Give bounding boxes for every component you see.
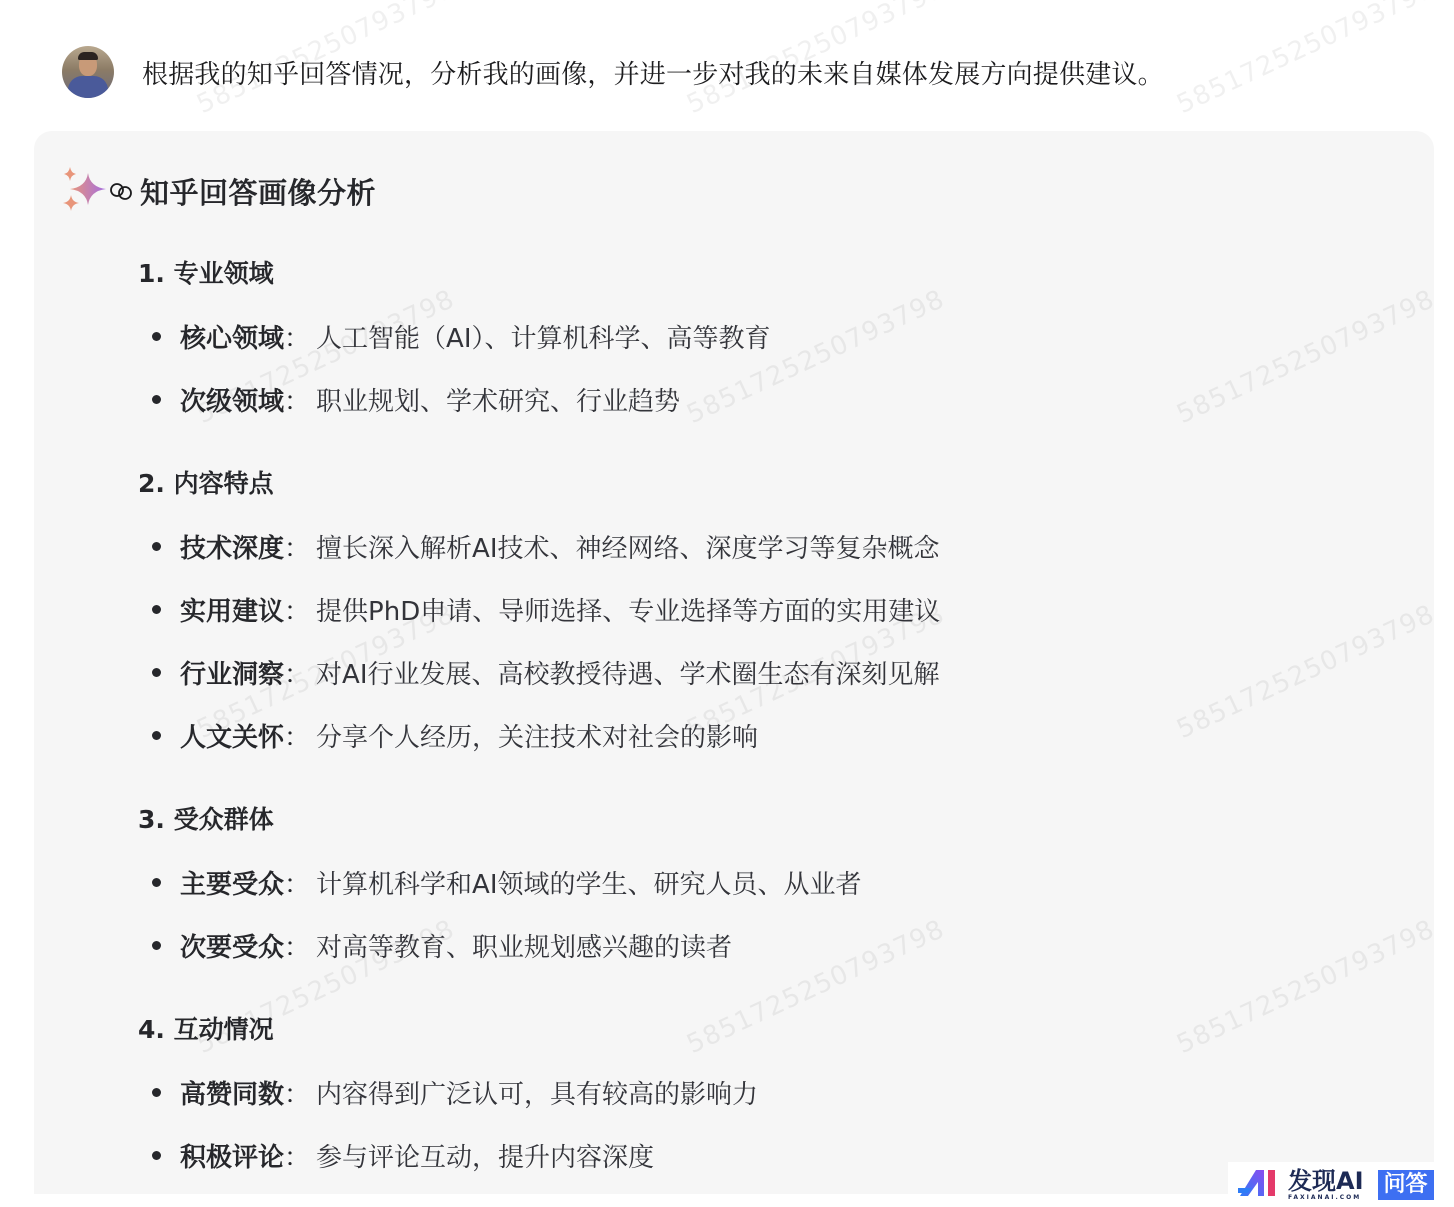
list-item: 高赞同数 ： 内容得到广泛认可，具有较高的影响力 xyxy=(152,1074,758,1111)
brand-logo: 发现AI FAXIANAI.COM 问答 xyxy=(1228,1162,1454,1207)
item-key: 积极评论 xyxy=(180,1137,284,1174)
bullet-dot xyxy=(152,668,161,677)
section-title: 1. 专业领域 xyxy=(138,254,274,290)
brand-text: 发现AI FAXIANAI.COM xyxy=(1288,1169,1364,1201)
item-key: 技术深度 xyxy=(180,528,284,565)
bullet-dot xyxy=(152,1088,161,1097)
user-avatar[interactable] xyxy=(62,46,114,98)
item-value: 提供PhD申请、导师选择、专业选择等方面的实用建议 xyxy=(316,591,940,628)
item-key: 核心领域 xyxy=(180,318,284,355)
bullet-dot xyxy=(152,395,161,404)
bullet-dot xyxy=(152,731,161,740)
list-item: 主要受众 ： 计算机科学和AI领域的学生、研究人员、从业者 xyxy=(152,864,862,901)
item-colon: ： xyxy=(284,1137,310,1174)
list-item: 积极评论 ： 参与评论互动，提升内容深度 xyxy=(152,1137,654,1174)
section-title: 2. 内容特点 xyxy=(138,464,274,500)
item-key: 实用建议 xyxy=(180,591,284,628)
item-colon: ： xyxy=(284,528,310,565)
item-key: 次要受众 xyxy=(180,927,284,964)
bullet-dot xyxy=(152,605,161,614)
item-key: 行业洞察 xyxy=(180,654,284,691)
item-key: 人文关怀 xyxy=(180,717,284,754)
bullet-dot xyxy=(152,542,161,551)
watermark: 5851725250793798 xyxy=(1172,0,1439,120)
brand-badge: 问答 xyxy=(1378,1170,1434,1200)
bullet-dot xyxy=(152,941,161,950)
item-colon: ： xyxy=(284,1074,310,1111)
link-icon[interactable] xyxy=(108,181,134,201)
list-item: 次要受众 ： 对高等教育、职业规划感兴趣的读者 xyxy=(152,927,732,964)
bullet-dot xyxy=(152,878,161,887)
brand-ai-logo-icon xyxy=(1238,1168,1280,1202)
bullet-dot xyxy=(152,332,161,341)
list-item: 技术深度 ： 擅长深入解析AI技术、神经网络、深度学习等复杂概念 xyxy=(152,528,940,565)
bullet-dot xyxy=(152,1151,161,1160)
response-card: 知乎回答画像分析 1. 专业领域 核心领域 ： 人工智能（AI）、计算机科学、高… xyxy=(34,131,1434,1207)
item-colon: ： xyxy=(284,717,310,754)
user-message-text: 根据我的知乎回答情况，分析我的画像，并进一步对我的未来自媒体发展方向提供建议。 xyxy=(142,54,1164,91)
item-colon: ： xyxy=(284,318,310,355)
list-item: 核心领域 ： 人工智能（AI）、计算机科学、高等教育 xyxy=(152,318,771,355)
item-colon: ： xyxy=(284,864,310,901)
user-message-row: 根据我的知乎回答情况，分析我的画像，并进一步对我的未来自媒体发展方向提供建议。 xyxy=(62,46,1164,98)
item-value: 内容得到广泛认可，具有较高的影响力 xyxy=(316,1074,758,1111)
item-colon: ： xyxy=(284,927,310,964)
item-value: 对AI行业发展、高校教授待遇、学术圈生态有深刻见解 xyxy=(316,654,939,691)
item-value: 职业规划、学术研究、行业趋势 xyxy=(316,381,680,418)
item-value: 分享个人经历，关注技术对社会的影响 xyxy=(316,717,758,754)
item-value: 参与评论互动，提升内容深度 xyxy=(316,1137,654,1174)
item-colon: ： xyxy=(284,381,310,418)
list-item: 人文关怀 ： 分享个人经历，关注技术对社会的影响 xyxy=(152,717,758,754)
sparkle-icon xyxy=(60,163,108,219)
item-colon: ： xyxy=(284,591,310,628)
item-value: 人工智能（AI）、计算机科学、高等教育 xyxy=(316,318,770,355)
response-title: 知乎回答画像分析 xyxy=(140,171,376,212)
list-item: 次级领域 ： 职业规划、学术研究、行业趋势 xyxy=(152,381,680,418)
item-value: 擅长深入解析AI技术、神经网络、深度学习等复杂概念 xyxy=(316,528,939,565)
item-key: 高赞同数 xyxy=(180,1074,284,1111)
response-header: 知乎回答画像分析 xyxy=(60,163,376,219)
item-value: 计算机科学和AI领域的学生、研究人员、从业者 xyxy=(316,864,861,901)
list-item: 行业洞察 ： 对AI行业发展、高校教授待遇、学术圈生态有深刻见解 xyxy=(152,654,940,691)
brand-domain: FAXIANAI.COM xyxy=(1288,1194,1361,1201)
section-title: 3. 受众群体 xyxy=(138,800,274,836)
item-colon: ： xyxy=(284,654,310,691)
item-key: 次级领域 xyxy=(180,381,284,418)
section-title: 4. 互动情况 xyxy=(138,1010,274,1046)
brand-name: 发现AI xyxy=(1288,1169,1364,1193)
list-item: 实用建议 ： 提供PhD申请、导师选择、专业选择等方面的实用建议 xyxy=(152,591,940,628)
item-key: 主要受众 xyxy=(180,864,284,901)
item-value: 对高等教育、职业规划感兴趣的读者 xyxy=(316,927,732,964)
